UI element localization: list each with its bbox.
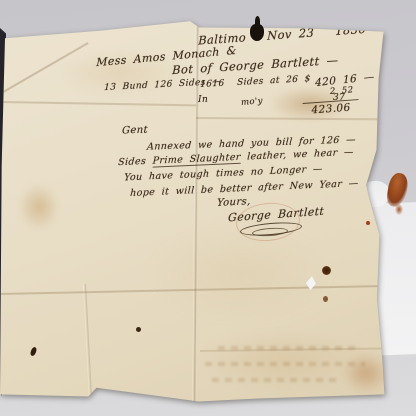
bill-money-label: mo'y <box>241 96 264 108</box>
letter-photograph: Baltimo Nov 23 1836 — Mess Amos Monach &… <box>0 0 416 416</box>
diagonal-fold-crease <box>0 42 89 96</box>
body-line-2-end: leather, we hear — <box>240 147 354 163</box>
ink-fleck-center <box>136 327 141 332</box>
ink-bleed-through-line <box>205 362 365 366</box>
bill-in-label: In <box>198 95 208 105</box>
letter-paper: Baltimo Nov 23 1836 — Mess Amos Monach &… <box>0 0 416 416</box>
red-wax-stain-drop <box>395 204 403 215</box>
body-line-2-start: Sides <box>118 156 153 169</box>
stain-bottom-right <box>342 352 390 394</box>
vertical-fold-crease-lower-left <box>83 284 92 398</box>
stain-left-center <box>18 183 60 231</box>
bill-total-value: 423.06 <box>303 99 360 117</box>
ink-spot-dark <box>322 266 331 275</box>
ink-spot-small <box>323 296 328 302</box>
horizontal-fold-crease-upper-right <box>196 117 386 120</box>
ink-fleck-left <box>29 346 37 356</box>
ink-bleed-through-line <box>218 346 358 350</box>
salutation: Gent <box>122 125 149 137</box>
red-wax-speck <box>366 221 370 225</box>
dateline: Baltimo Nov 23 1836 — <box>198 20 385 47</box>
ink-bleed-through-line <box>212 378 342 382</box>
closing: Yours, <box>217 196 251 209</box>
bill-total: 423.06 <box>303 99 360 117</box>
horizontal-fold-crease-upper-left <box>0 101 196 106</box>
wax-seal-remnant <box>250 24 264 41</box>
horizontal-fold-crease-middle <box>0 285 404 295</box>
body-line-2-underlined: Prime Slaughter <box>152 152 241 168</box>
paper-wrap: Baltimo Nov 23 1836 — Mess Amos Monach &… <box>0 0 416 416</box>
stain-center <box>148 228 332 320</box>
